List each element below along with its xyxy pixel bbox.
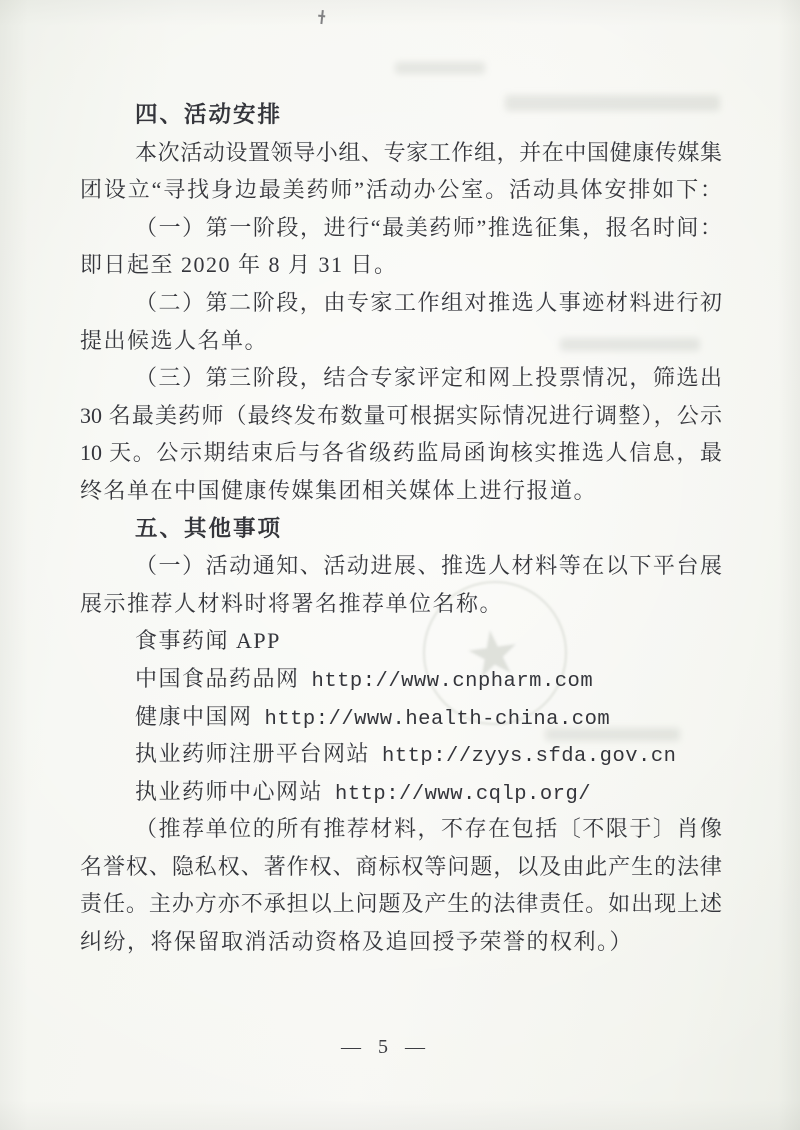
platform-line: 执业药师注册平台网站http://zyys.sfda.gov.cn	[80, 735, 722, 773]
platform-line: 健康中国网http://www.health-china.com	[80, 698, 722, 736]
platform-name: 执业药师中心网站	[135, 779, 323, 804]
paragraph-line: 团设立“寻找身边最美药师”活动办公室。活动具体安排如下：	[80, 171, 722, 209]
platform-url: http://www.cqlp.org/	[335, 783, 591, 806]
paragraph-line: （二）第二阶段，由专家工作组对推选人事迹材料进行初筛，	[80, 284, 722, 322]
paragraph-line: 终名单在中国健康传媒集团相关媒体上进行报道。	[80, 472, 722, 510]
paragraph-line: 提出候选人名单。	[80, 322, 722, 360]
bleedthrough-mark	[395, 62, 485, 74]
platform-line: 中国食品药品网http://www.cnpharm.com	[80, 660, 722, 698]
paragraph-line: （三）第三阶段，结合专家评定和网上投票情况，筛选出	[80, 359, 722, 397]
platform-line: 执业药师中心网站http://www.cqlp.org/	[80, 773, 722, 811]
paragraph-line: 名誉权、隐私权、著作权、商标权等问题，以及由此产生的法律	[80, 848, 722, 886]
paragraph-line: （推荐单位的所有推荐材料，不存在包括〔不限于〕肖像权、	[80, 810, 722, 848]
scanned-document-page: ★ 四、活动安排 本次活动设置领导小组、专家工作组，并在中国健康传媒集 团设立“…	[0, 0, 800, 1130]
platform-line: 食事药闻 APP	[80, 622, 722, 660]
section-heading-5: 五、其他事项	[80, 510, 722, 548]
scan-artifact-mark	[316, 10, 327, 27]
platform-url: http://www.health-china.com	[265, 708, 611, 731]
platform-name: 中国食品药品网	[135, 666, 300, 691]
page-number: — 5 —	[0, 1036, 772, 1059]
section-heading-4: 四、活动安排	[80, 96, 722, 134]
platform-url: http://zyys.sfda.gov.cn	[382, 745, 676, 768]
paragraph-line: 纠纷，将保留取消活动资格及追回授予荣誉的权利。）	[80, 923, 722, 961]
paragraph-line: 30 名最美药师（最终发布数量可根据实际情况进行调整），公示	[80, 397, 722, 435]
paragraph-line: 责任。主办方亦不承担以上问题及产生的法律责任。如出现上述	[80, 885, 722, 923]
paragraph-line: 即日起至 2020 年 8 月 31 日。	[80, 246, 722, 284]
paragraph-line: 本次活动设置领导小组、专家工作组，并在中国健康传媒集	[80, 134, 722, 172]
platform-name: 执业药师注册平台网站	[135, 741, 370, 766]
platform-url: http://www.cnpharm.com	[312, 670, 594, 693]
document-body: 四、活动安排 本次活动设置领导小组、专家工作组，并在中国健康传媒集 团设立“寻找…	[80, 96, 722, 961]
paragraph-line: （一）第一阶段，进行“最美药师”推选征集，报名时间：	[80, 209, 722, 247]
paragraph-line: （一）活动通知、活动进展、推选人材料等在以下平台展示，	[80, 547, 722, 585]
paragraph-line: 展示推荐人材料时将署名推荐单位名称。	[80, 585, 722, 623]
scan-artifact-stroke	[318, 15, 325, 18]
platform-name: 健康中国网	[135, 704, 253, 729]
paragraph-line: 10 天。公示期结束后与各省级药监局函询核实推选人信息，最	[80, 434, 722, 472]
